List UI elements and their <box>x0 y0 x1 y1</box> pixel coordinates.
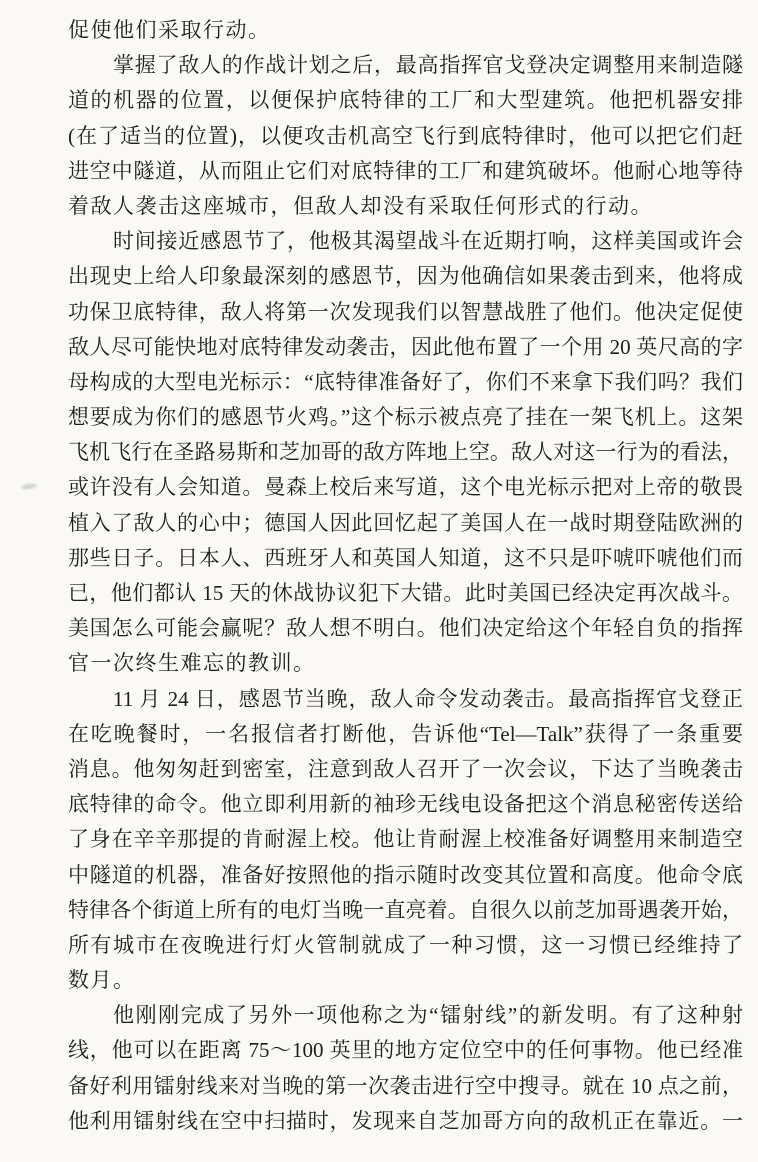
text-line: 数月。 <box>68 963 743 998</box>
text-line: 时间接近感恩节了，他极其渴望战斗在近期打响，这样美国或许会 <box>68 224 743 259</box>
margin-smudge <box>21 483 38 491</box>
text-line: 掌握了敌人的作战计划之后，最高指挥官戈登决定调整用来制造隧 <box>68 48 743 83</box>
text-line: 那些日子。日本人、西班牙人和英国人知道，这不只是吓唬吓唬他们而 <box>68 541 743 576</box>
text-line: 了身在辛辛那提的肯耐渥上校。他让肯耐渥上校准备好调整用来制造空 <box>68 822 743 857</box>
text-line: 促使他们采取行动。 <box>68 13 743 48</box>
text-line: 线，他可以在距离 75～100 英里的地方定位空中的任何事物。他已经准 <box>68 1033 743 1068</box>
text-line: (在了适当的位置)，以便攻击机高空飞行到底特律时，他可以把它们赶 <box>68 119 743 154</box>
text-line: 底特律的命令。他立即利用新的袖珍无线电设备把这个消息秘密传送给 <box>68 787 743 822</box>
text-line: 中隧道的机器，准备好按照他的指示随时改变其位置和高度。他命令底 <box>68 858 743 893</box>
text-line: 备好利用镭射线来对当晚的第一次袭击进行空中搜寻。就在 10 点之前， <box>68 1069 743 1104</box>
text-line: 着敌人袭击这座城市，但敌人却没有采取任何形式的行动。 <box>68 189 743 224</box>
text-line: 他刚刚完成了另外一项他称之为“镭射线”的新发明。有了这种射 <box>68 998 743 1033</box>
text-line: 已，他们都认 15 天的休战协议犯下大错。此时美国已经决定再次战斗。 <box>68 576 743 611</box>
text-line: 特律各个街道上所有的电灯当晚一直亮着。自很久以前芝加哥遇袭开始， <box>68 893 743 928</box>
text-line: 想要成为你们的感恩节火鸡。”这个标示被点亮了挂在一架飞机上。这架 <box>68 400 743 435</box>
text-line: 消息。他匆匆赶到密室，注意到敌人召开了一次会议，下达了当晚袭击 <box>68 752 743 787</box>
text-line: 或许没有人会知道。曼森上校后来写道，这个电光标示把对上帝的敬畏 <box>68 470 743 505</box>
text-line: 所有城市在夜晚进行灯火管制就成了一种习惯，这一习惯已经维持了 <box>68 928 743 963</box>
text-line: 道的机器的位置，以便保护底特律的工厂和大型建筑。他把机器安排 <box>68 83 743 118</box>
text-line: 出现史上给人印象最深刻的感恩节，因为他确信如果袭击到来，他将成 <box>68 259 743 294</box>
text-column: 促使他们采取行动。 掌握了敌人的作战计划之后，最高指挥官戈登决定调整用来制造隧 … <box>68 13 743 1139</box>
text-line: 11 月 24 日，感恩节当晚，敌人命令发动袭击。最高指挥官戈登正 <box>68 682 743 717</box>
text-line: 飞机飞行在圣路易斯和芝加哥的敌方阵地上空。敌人对这一行为的看法， <box>68 435 743 470</box>
text-line: 在吃晚餐时，一名报信者打断他，告诉他“Tel—Talk”获得了一条重要 <box>68 717 743 752</box>
text-line: 美国怎么可能会赢呢？敌人想不明白。他们决定给这个年轻自负的指挥 <box>68 611 743 646</box>
text-line: 敌人尽可能快地对底特律发动袭击，因此他布置了一个用 20 英尺高的字 <box>68 330 743 365</box>
text-line: 功保卫底特律，敌人将第一次发现我们以智慧战胜了他们。他决定促使 <box>68 295 743 330</box>
page: 促使他们采取行动。 掌握了敌人的作战计划之后，最高指挥官戈登决定调整用来制造隧 … <box>0 0 758 1162</box>
text-line: 他利用镭射线在空中扫描时，发现来自芝加哥方向的敌机正在靠近。一 <box>68 1104 743 1139</box>
text-line: 植入了敌人的心中；德国人因此回忆起了美国人在一战时期登陆欧洲的 <box>68 506 743 541</box>
text-line: 官一次终生难忘的教训。 <box>68 646 743 681</box>
text-line: 母构成的大型电光标示：“底特律准备好了，你们不来拿下我们吗？我们 <box>68 365 743 400</box>
text-line: 进空中隧道，从而阻止它们对底特律的工厂和建筑破坏。他耐心地等待 <box>68 154 743 189</box>
